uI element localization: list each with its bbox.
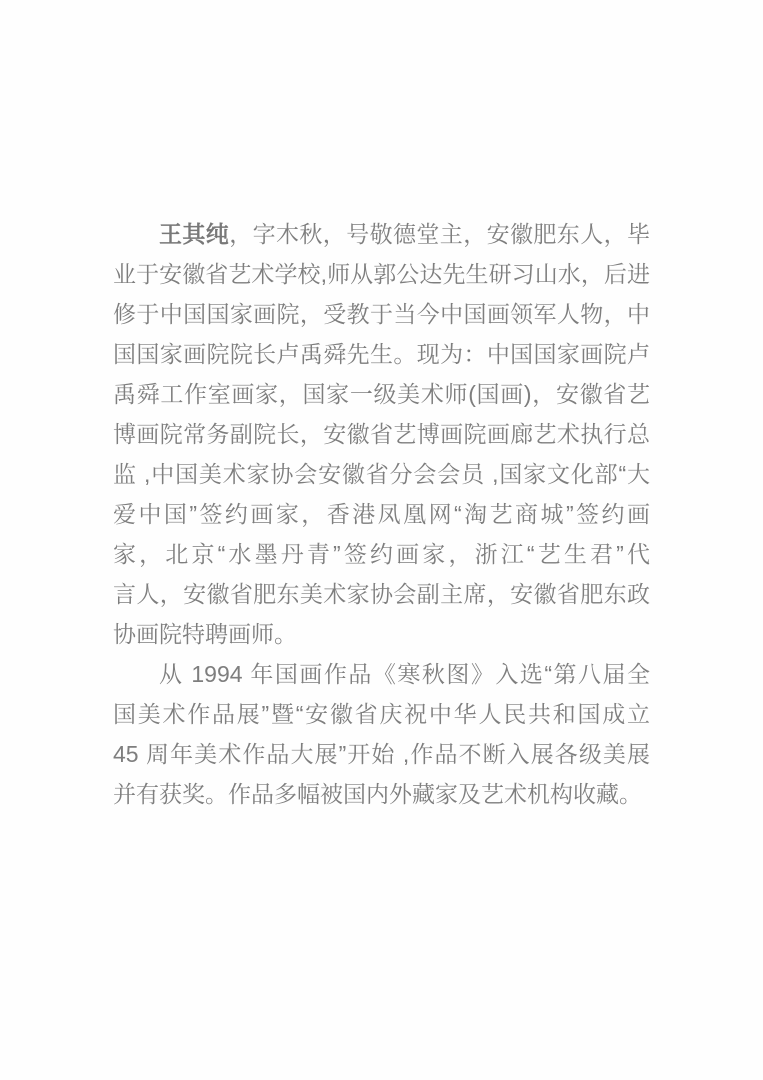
text-line: 言人，安徽省肥东美术家协会副主席，安徽省肥东政 (113, 574, 650, 614)
document-page: 王其纯，字木秋，号敬德堂主，安徽肥东人，毕 业于安徽省艺术学校,师从郭公达先生研… (0, 0, 763, 1080)
text-line: 监 ,中国美术家协会安徽省分会会员 ,国家文化部“大 (113, 454, 650, 494)
paragraph-bio: 王其纯，字木秋，号敬德堂主，安徽肥东人，毕 业于安徽省艺术学校,师从郭公达先生研… (113, 214, 650, 654)
text-line: 并有获奖。作品多幅被国内外藏家及艺术机构收藏。 (113, 774, 650, 814)
text-line: 国美术作品展”暨“安徽省庆祝中华人民共和国成立 (113, 694, 650, 734)
text-line: 从 1994 年国画作品《寒秋图》入选“第八届全 (113, 654, 650, 694)
text-line: 家，北京“水墨丹青”签约画家，浙江“艺生君”代 (113, 534, 650, 574)
paragraph-exhibitions: 从 1994 年国画作品《寒秋图》入选“第八届全 国美术作品展”暨“安徽省庆祝中… (113, 654, 650, 814)
text-line: 禹舜工作室画家，国家一级美术师(国画)，安徽省艺 (113, 374, 650, 414)
biography-text-block: 王其纯，字木秋，号敬德堂主，安徽肥东人，毕 业于安徽省艺术学校,师从郭公达先生研… (113, 214, 650, 814)
text-line: 王其纯，字木秋，号敬德堂主，安徽肥东人，毕 (113, 214, 650, 254)
text-line: 业于安徽省艺术学校,师从郭公达先生研习山水，后进 (113, 254, 650, 294)
text-line: 爱中国”签约画家，香港凤凰网“淘艺商城”签约画 (113, 494, 650, 534)
text-line: 45 周年美术作品大展”开始 ,作品不断入展各级美展 (113, 734, 650, 774)
text-line: 修于中国国家画院，受教于当今中国画领军人物，中 (113, 294, 650, 334)
artist-name: 王其纯 (159, 221, 229, 247)
text-line: 博画院常务副院长，安徽省艺博画院画廊艺术执行总 (113, 414, 650, 454)
text-line: 协画院特聘画师。 (113, 614, 650, 654)
text-line-rest: ，字木秋，号敬德堂主，安徽肥东人，毕 (229, 221, 650, 247)
text-line: 国国家画院院长卢禹舜先生。现为：中国国家画院卢 (113, 334, 650, 374)
